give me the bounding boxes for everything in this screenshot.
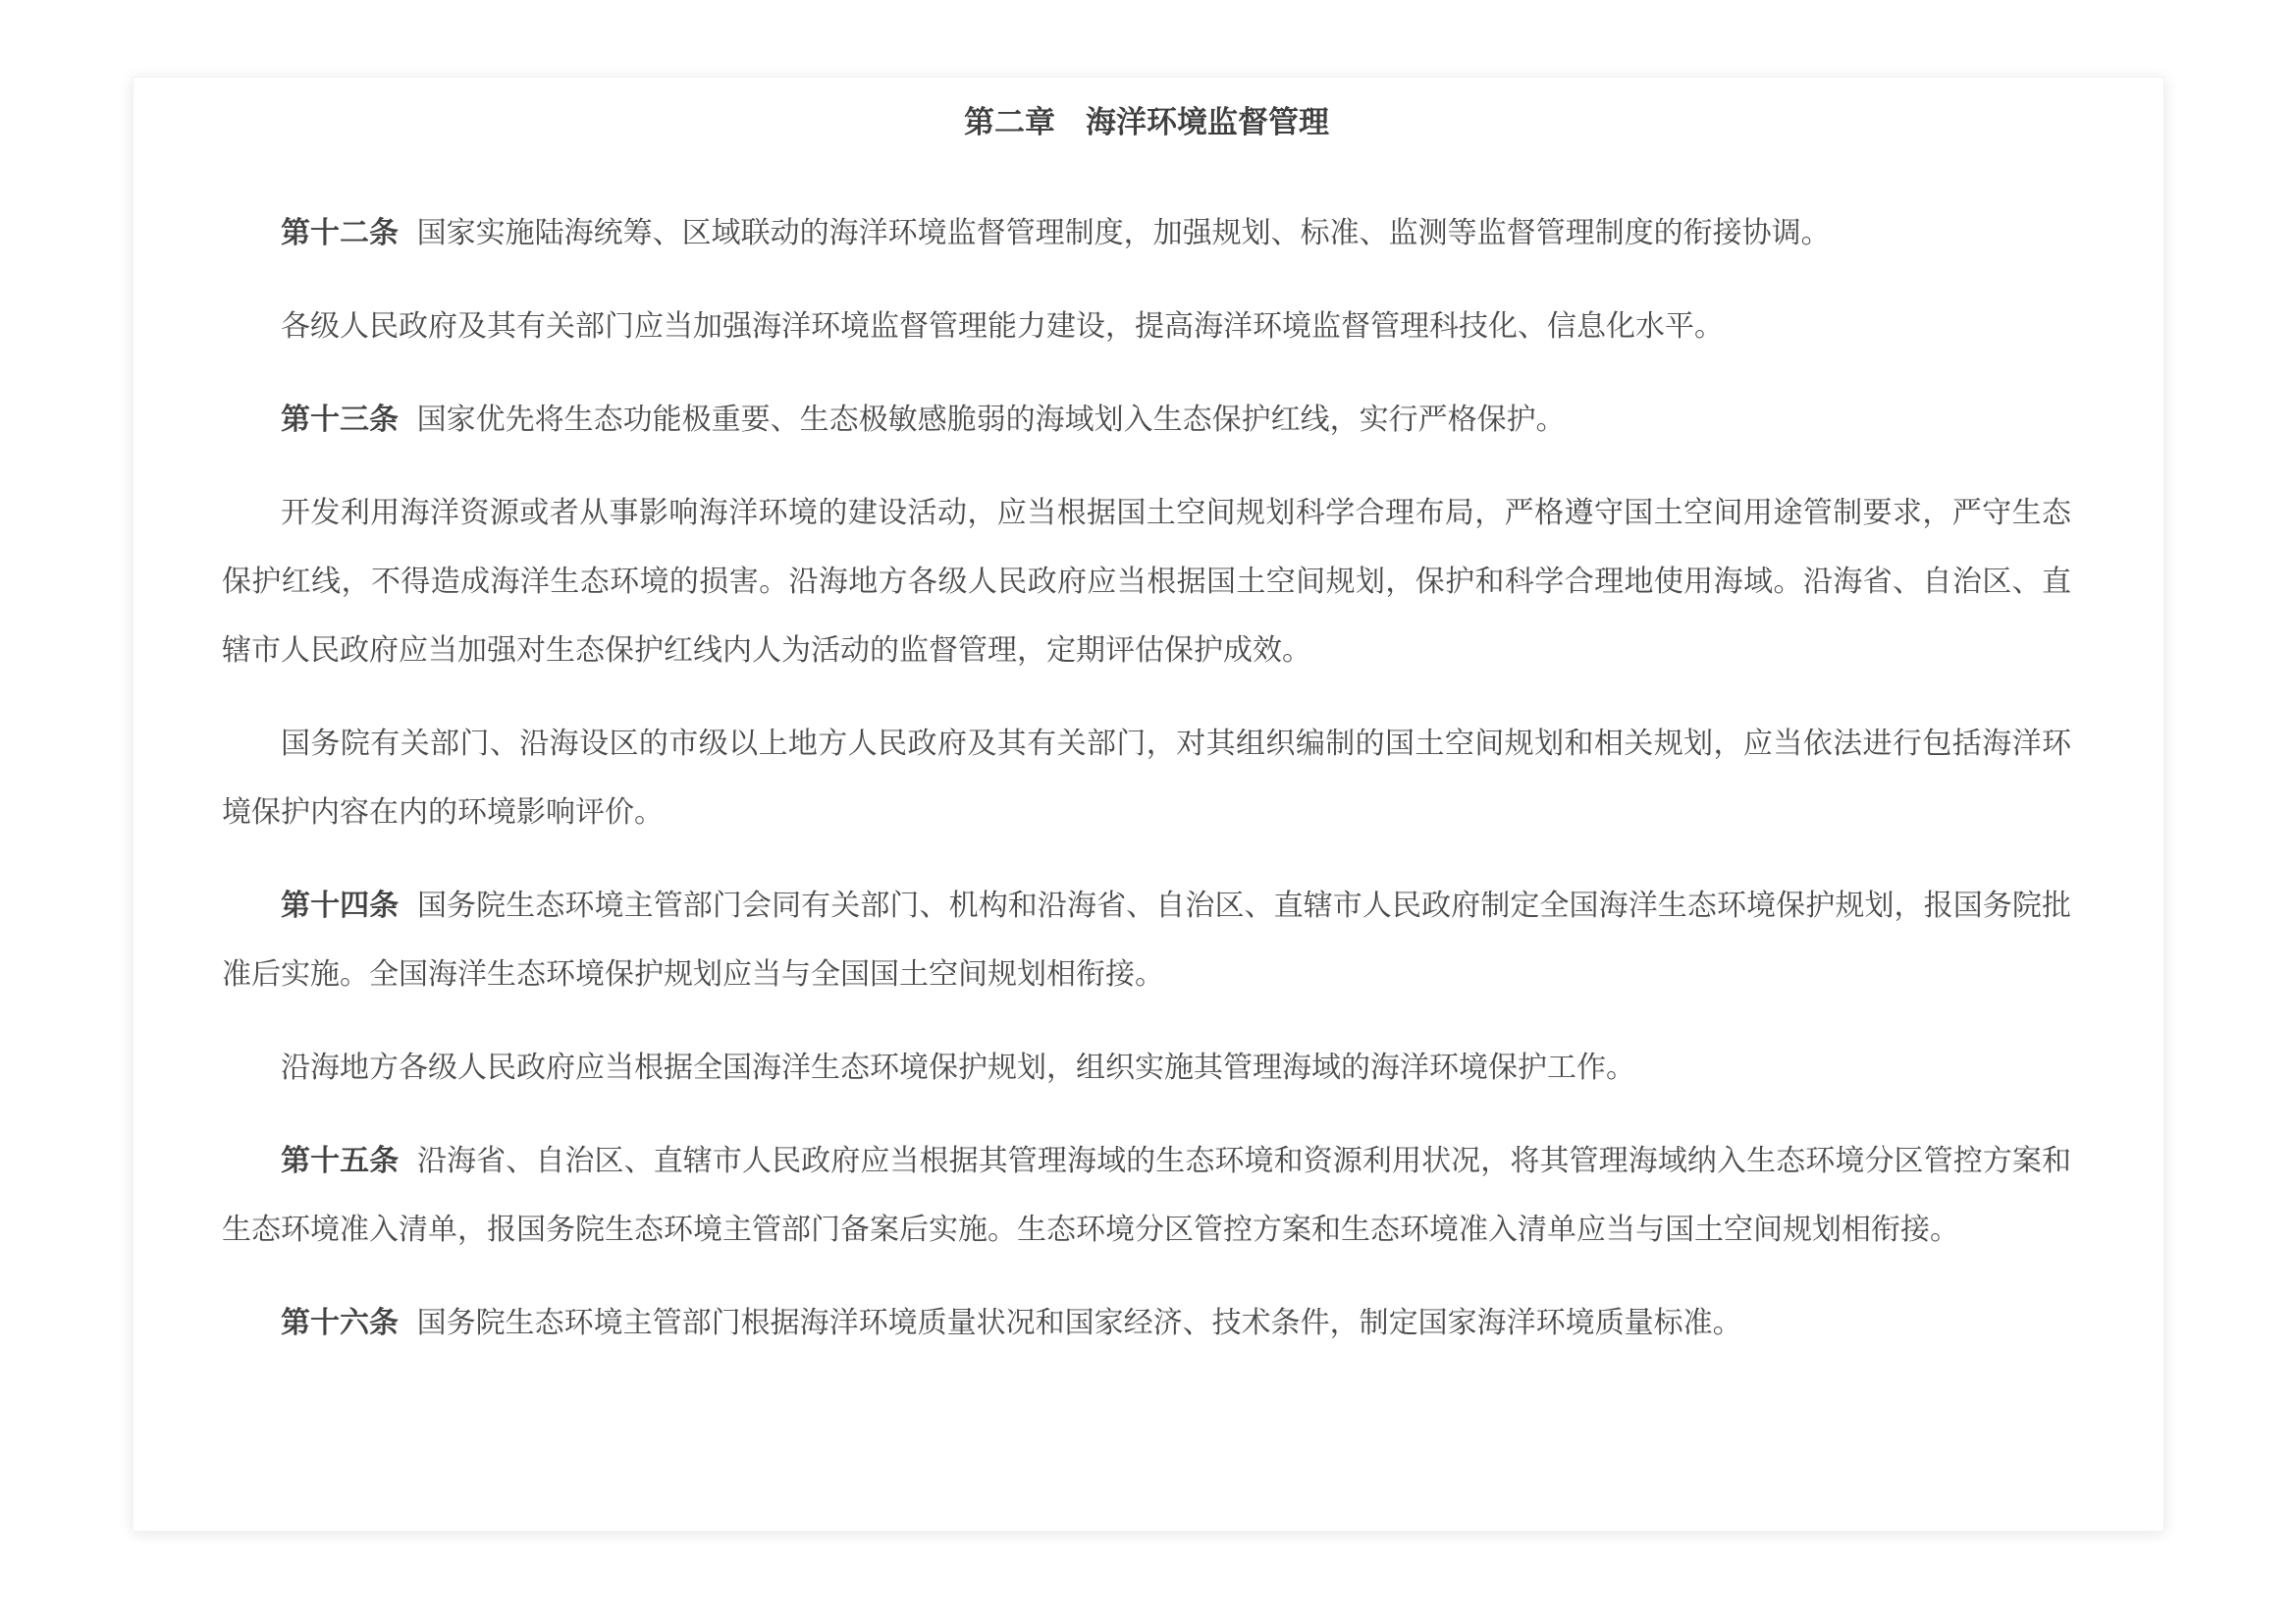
law-article-paragraph: 第十四条国务院生态环境主管部门会同有关部门、机构和沿海省、自治区、直辖市人民政府… — [222, 872, 2071, 1009]
law-article-paragraph: 第十二条国家实施陆海统筹、区域联动的海洋环境监督管理制度，加强规划、标准、监测等… — [222, 199, 2071, 268]
article-text: 沿海省、自治区、直辖市人民政府应当根据其管理海域的生态环境和资源利用状况，将其管… — [222, 1145, 2071, 1246]
article-text: 国务院生态环境主管部门根据海洋环境质量状况和国家经济、技术条件，制定国家海洋环境… — [417, 1307, 1742, 1339]
article-text: 各级人民政府及其有关部门应当加强海洋环境监督管理能力建设，提高海洋环境监督管理科… — [281, 310, 1724, 343]
law-article-paragraph: 第十五条沿海省、自治区、直辖市人民政府应当根据其管理海域的生态环境和资源利用状况… — [222, 1127, 2071, 1265]
article-number: 第十二条 — [281, 217, 399, 249]
law-article-paragraph: 各级人民政府及其有关部门应当加强海洋环境监督管理能力建设，提高海洋环境监督管理科… — [222, 293, 2071, 361]
article-text: 国务院生态环境主管部门会同有关部门、机构和沿海省、自治区、直辖市人民政府制定全国… — [222, 890, 2071, 991]
article-number: 第十五条 — [281, 1145, 399, 1177]
document-page: 第二章 海洋环境监督管理 第十二条国家实施陆海统筹、区域联动的海洋环境监督管理制… — [133, 77, 2164, 1532]
document-viewport: 第二章 海洋环境监督管理 第十二条国家实施陆海统筹、区域联动的海洋环境监督管理制… — [0, 0, 2296, 1623]
article-text: 开发利用海洋资源或者从事影响海洋环境的建设活动，应当根据国土空间规划科学合理布局… — [222, 497, 2071, 667]
article-text: 国家实施陆海统筹、区域联动的海洋环境监督管理制度，加强规划、标准、监测等监督管理… — [417, 217, 1831, 249]
chapter-title: 第二章 海洋环境监督管理 — [222, 101, 2071, 144]
law-article-paragraph: 国务院有关部门、沿海设区的市级以上地方人民政府及其有关部门，对其组织编制的国土空… — [222, 710, 2071, 847]
article-text: 国务院有关部门、沿海设区的市级以上地方人民政府及其有关部门，对其组织编制的国土空… — [222, 728, 2071, 829]
article-number: 第十六条 — [281, 1307, 399, 1339]
article-text: 国家优先将生态功能极重要、生态极敏感脆弱的海域划入生态保护红线，实行严格保护。 — [417, 404, 1566, 436]
law-article-paragraph: 第十三条国家优先将生态功能极重要、生态极敏感脆弱的海域划入生态保护红线，实行严格… — [222, 386, 2071, 455]
article-number: 第十四条 — [281, 890, 399, 922]
law-article-paragraph: 开发利用海洋资源或者从事影响海洋环境的建设活动，应当根据国土空间规划科学合理布局… — [222, 479, 2071, 685]
law-article-paragraph: 第十六条国务院生态环境主管部门根据海洋环境质量状况和国家经济、技术条件，制定国家… — [222, 1289, 2071, 1358]
article-text: 沿海地方各级人民政府应当根据全国海洋生态环境保护规划，组织实施其管理海域的海洋环… — [281, 1052, 1635, 1084]
law-article-paragraph: 沿海地方各级人民政府应当根据全国海洋生态环境保护规划，组织实施其管理海域的海洋环… — [222, 1034, 2071, 1103]
article-number: 第十三条 — [281, 404, 399, 436]
